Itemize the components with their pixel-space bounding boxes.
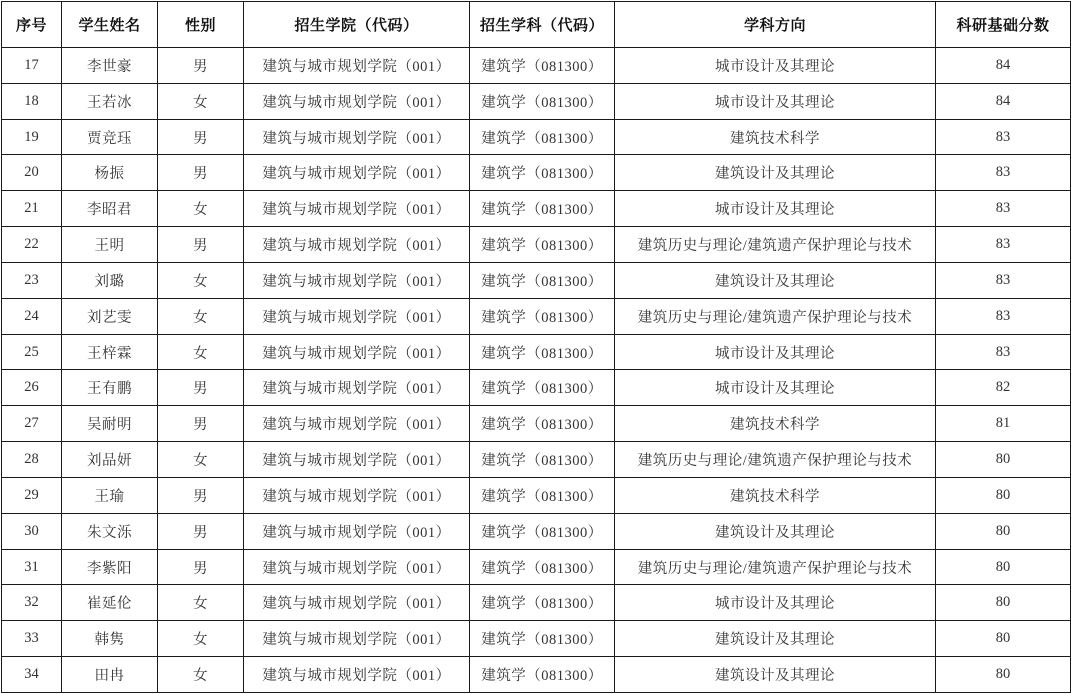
- cell-score: 80: [936, 513, 1071, 549]
- table-row: 34田冉女建筑与城市规划学院（001）建筑学（081300）建筑设计及其理论80: [2, 657, 1071, 693]
- cell-direction: 建筑历史与理论/建筑遗产保护理论与技术: [615, 549, 936, 585]
- cell-college: 建筑与城市规划学院（001）: [244, 370, 470, 406]
- cell-no: 22: [2, 227, 62, 263]
- cell-student-name: 王瑜: [62, 477, 158, 513]
- cell-no: 28: [2, 442, 62, 478]
- cell-subject: 建筑学（081300）: [470, 442, 615, 478]
- table-row: 32崔延伦女建筑与城市规划学院（001）建筑学（081300）城市设计及其理论8…: [2, 585, 1071, 621]
- table-row: 25王梓霖女建筑与城市规划学院（001）建筑学（081300）城市设计及其理论8…: [2, 334, 1071, 370]
- cell-gender: 女: [158, 298, 244, 334]
- cell-no: 26: [2, 370, 62, 406]
- cell-score: 81: [936, 406, 1071, 442]
- table-row: 18王若冰女建筑与城市规划学院（001）建筑学（081300）城市设计及其理论8…: [2, 83, 1071, 119]
- cell-no: 23: [2, 262, 62, 298]
- table-row: 29王瑜男建筑与城市规划学院（001）建筑学（081300）建筑技术科学80: [2, 477, 1071, 513]
- cell-subject: 建筑学（081300）: [470, 370, 615, 406]
- cell-score: 80: [936, 585, 1071, 621]
- cell-student-name: 吴耐明: [62, 406, 158, 442]
- table-row: 21李昭君女建筑与城市规划学院（001）建筑学（081300）城市设计及其理论8…: [2, 191, 1071, 227]
- cell-student-name: 韩隽: [62, 621, 158, 657]
- cell-college: 建筑与城市规划学院（001）: [244, 513, 470, 549]
- table-row: 31李紫阳男建筑与城市规划学院（001）建筑学（081300）建筑历史与理论/建…: [2, 549, 1071, 585]
- cell-college: 建筑与城市规划学院（001）: [244, 155, 470, 191]
- cell-college: 建筑与城市规划学院（001）: [244, 119, 470, 155]
- cell-student-name: 朱文泺: [62, 513, 158, 549]
- cell-no: 34: [2, 657, 62, 693]
- table-row: 24刘艺雯女建筑与城市规划学院（001）建筑学（081300）建筑历史与理论/建…: [2, 298, 1071, 334]
- cell-direction: 城市设计及其理论: [615, 334, 936, 370]
- header-subject: 招生学科（代码）: [470, 2, 615, 48]
- cell-no: 17: [2, 48, 62, 84]
- cell-student-name: 杨振: [62, 155, 158, 191]
- cell-direction: 建筑历史与理论/建筑遗产保护理论与技术: [615, 227, 936, 263]
- cell-gender: 女: [158, 657, 244, 693]
- cell-subject: 建筑学（081300）: [470, 227, 615, 263]
- cell-subject: 建筑学（081300）: [470, 585, 615, 621]
- cell-direction: 城市设计及其理论: [615, 191, 936, 227]
- cell-gender: 男: [158, 119, 244, 155]
- cell-college: 建筑与城市规划学院（001）: [244, 442, 470, 478]
- cell-gender: 男: [158, 227, 244, 263]
- cell-score: 83: [936, 334, 1071, 370]
- cell-college: 建筑与城市规划学院（001）: [244, 657, 470, 693]
- cell-gender: 女: [158, 334, 244, 370]
- cell-gender: 男: [158, 48, 244, 84]
- table-row: 28刘品妍女建筑与城市规划学院（001）建筑学（081300）建筑历史与理论/建…: [2, 442, 1071, 478]
- table-row: 20杨振男建筑与城市规划学院（001）建筑学（081300）建筑设计及其理论83: [2, 155, 1071, 191]
- cell-subject: 建筑学（081300）: [470, 262, 615, 298]
- cell-score: 83: [936, 227, 1071, 263]
- admission-score-document: 序号 学生姓名 性别 招生学院（代码） 招生学科（代码） 学科方向 科研基础分数…: [0, 0, 1071, 694]
- cell-score: 80: [936, 657, 1071, 693]
- cell-score: 84: [936, 83, 1071, 119]
- cell-direction: 城市设计及其理论: [615, 585, 936, 621]
- cell-no: 27: [2, 406, 62, 442]
- cell-score: 83: [936, 298, 1071, 334]
- cell-subject: 建筑学（081300）: [470, 513, 615, 549]
- cell-college: 建筑与城市规划学院（001）: [244, 334, 470, 370]
- cell-subject: 建筑学（081300）: [470, 155, 615, 191]
- cell-gender: 女: [158, 442, 244, 478]
- cell-score: 84: [936, 48, 1071, 84]
- cell-college: 建筑与城市规划学院（001）: [244, 83, 470, 119]
- cell-subject: 建筑学（081300）: [470, 334, 615, 370]
- table-row: 26王有鹏男建筑与城市规划学院（001）建筑学（081300）城市设计及其理论8…: [2, 370, 1071, 406]
- table-body: 17李世豪男建筑与城市规划学院（001）建筑学（081300）城市设计及其理论8…: [2, 48, 1071, 693]
- table-row: 30朱文泺男建筑与城市规划学院（001）建筑学（081300）建筑设计及其理论8…: [2, 513, 1071, 549]
- cell-student-name: 王有鹏: [62, 370, 158, 406]
- header-no: 序号: [2, 2, 62, 48]
- cell-gender: 女: [158, 83, 244, 119]
- cell-college: 建筑与城市规划学院（001）: [244, 298, 470, 334]
- cell-student-name: 刘品妍: [62, 442, 158, 478]
- cell-subject: 建筑学（081300）: [470, 191, 615, 227]
- cell-score: 83: [936, 155, 1071, 191]
- cell-gender: 男: [158, 477, 244, 513]
- cell-direction: 城市设计及其理论: [615, 48, 936, 84]
- cell-subject: 建筑学（081300）: [470, 549, 615, 585]
- cell-subject: 建筑学（081300）: [470, 406, 615, 442]
- cell-student-name: 刘璐: [62, 262, 158, 298]
- cell-direction: 建筑设计及其理论: [615, 513, 936, 549]
- cell-no: 30: [2, 513, 62, 549]
- cell-subject: 建筑学（081300）: [470, 83, 615, 119]
- header-college: 招生学院（代码）: [244, 2, 470, 48]
- cell-student-name: 王明: [62, 227, 158, 263]
- cell-student-name: 崔延伦: [62, 585, 158, 621]
- cell-gender: 男: [158, 155, 244, 191]
- cell-gender: 女: [158, 191, 244, 227]
- cell-score: 82: [936, 370, 1071, 406]
- cell-direction: 建筑历史与理论/建筑遗产保护理论与技术: [615, 442, 936, 478]
- cell-gender: 男: [158, 370, 244, 406]
- cell-score: 80: [936, 621, 1071, 657]
- cell-no: 29: [2, 477, 62, 513]
- cell-score: 80: [936, 477, 1071, 513]
- table-row: 22王明男建筑与城市规划学院（001）建筑学（081300）建筑历史与理论/建筑…: [2, 227, 1071, 263]
- cell-student-name: 李昭君: [62, 191, 158, 227]
- cell-student-name: 田冉: [62, 657, 158, 693]
- cell-direction: 建筑技术科学: [615, 477, 936, 513]
- cell-student-name: 王若冰: [62, 83, 158, 119]
- cell-subject: 建筑学（081300）: [470, 48, 615, 84]
- cell-no: 33: [2, 621, 62, 657]
- cell-gender: 女: [158, 585, 244, 621]
- cell-direction: 建筑历史与理论/建筑遗产保护理论与技术: [615, 298, 936, 334]
- cell-gender: 男: [158, 406, 244, 442]
- cell-direction: 城市设计及其理论: [615, 83, 936, 119]
- cell-direction: 建筑技术科学: [615, 406, 936, 442]
- cell-college: 建筑与城市规划学院（001）: [244, 262, 470, 298]
- table-row: 19贾竞珏男建筑与城市规划学院（001）建筑学（081300）建筑技术科学83: [2, 119, 1071, 155]
- cell-direction: 建筑设计及其理论: [615, 657, 936, 693]
- header-direction: 学科方向: [615, 2, 936, 48]
- table-row: 17李世豪男建筑与城市规划学院（001）建筑学（081300）城市设计及其理论8…: [2, 48, 1071, 84]
- table-row: 27吴耐明男建筑与城市规划学院（001）建筑学（081300）建筑技术科学81: [2, 406, 1071, 442]
- cell-no: 31: [2, 549, 62, 585]
- cell-direction: 城市设计及其理论: [615, 370, 936, 406]
- cell-score: 80: [936, 549, 1071, 585]
- cell-college: 建筑与城市规划学院（001）: [244, 191, 470, 227]
- cell-direction: 建筑设计及其理论: [615, 262, 936, 298]
- cell-college: 建筑与城市规划学院（001）: [244, 585, 470, 621]
- cell-no: 25: [2, 334, 62, 370]
- header-row: 序号 学生姓名 性别 招生学院（代码） 招生学科（代码） 学科方向 科研基础分数: [2, 2, 1071, 48]
- cell-college: 建筑与城市规划学院（001）: [244, 406, 470, 442]
- header-score: 科研基础分数: [936, 2, 1071, 48]
- table-row: 33韩隽女建筑与城市规划学院（001）建筑学（081300）建筑设计及其理论80: [2, 621, 1071, 657]
- cell-student-name: 李紫阳: [62, 549, 158, 585]
- cell-score: 83: [936, 119, 1071, 155]
- cell-no: 24: [2, 298, 62, 334]
- cell-no: 32: [2, 585, 62, 621]
- cell-student-name: 贾竞珏: [62, 119, 158, 155]
- header-gender: 性别: [158, 2, 244, 48]
- header-student-name: 学生姓名: [62, 2, 158, 48]
- cell-direction: 建筑设计及其理论: [615, 155, 936, 191]
- cell-college: 建筑与城市规划学院（001）: [244, 48, 470, 84]
- cell-college: 建筑与城市规划学院（001）: [244, 549, 470, 585]
- cell-no: 19: [2, 119, 62, 155]
- cell-student-name: 刘艺雯: [62, 298, 158, 334]
- cell-direction: 建筑设计及其理论: [615, 621, 936, 657]
- cell-college: 建筑与城市规划学院（001）: [244, 227, 470, 263]
- cell-student-name: 李世豪: [62, 48, 158, 84]
- cell-no: 18: [2, 83, 62, 119]
- cell-no: 20: [2, 155, 62, 191]
- table-row: 23刘璐女建筑与城市规划学院（001）建筑学（081300）建筑设计及其理论83: [2, 262, 1071, 298]
- cell-direction: 建筑技术科学: [615, 119, 936, 155]
- student-score-table: 序号 学生姓名 性别 招生学院（代码） 招生学科（代码） 学科方向 科研基础分数…: [1, 1, 1071, 693]
- cell-student-name: 王梓霖: [62, 334, 158, 370]
- cell-gender: 男: [158, 549, 244, 585]
- cell-score: 83: [936, 262, 1071, 298]
- cell-score: 83: [936, 191, 1071, 227]
- cell-subject: 建筑学（081300）: [470, 621, 615, 657]
- cell-gender: 女: [158, 262, 244, 298]
- cell-score: 80: [936, 442, 1071, 478]
- cell-college: 建筑与城市规划学院（001）: [244, 621, 470, 657]
- cell-gender: 女: [158, 621, 244, 657]
- cell-subject: 建筑学（081300）: [470, 298, 615, 334]
- table-header: 序号 学生姓名 性别 招生学院（代码） 招生学科（代码） 学科方向 科研基础分数: [2, 2, 1071, 48]
- cell-college: 建筑与城市规划学院（001）: [244, 477, 470, 513]
- cell-subject: 建筑学（081300）: [470, 119, 615, 155]
- cell-gender: 男: [158, 513, 244, 549]
- cell-no: 21: [2, 191, 62, 227]
- cell-subject: 建筑学（081300）: [470, 477, 615, 513]
- cell-subject: 建筑学（081300）: [470, 657, 615, 693]
